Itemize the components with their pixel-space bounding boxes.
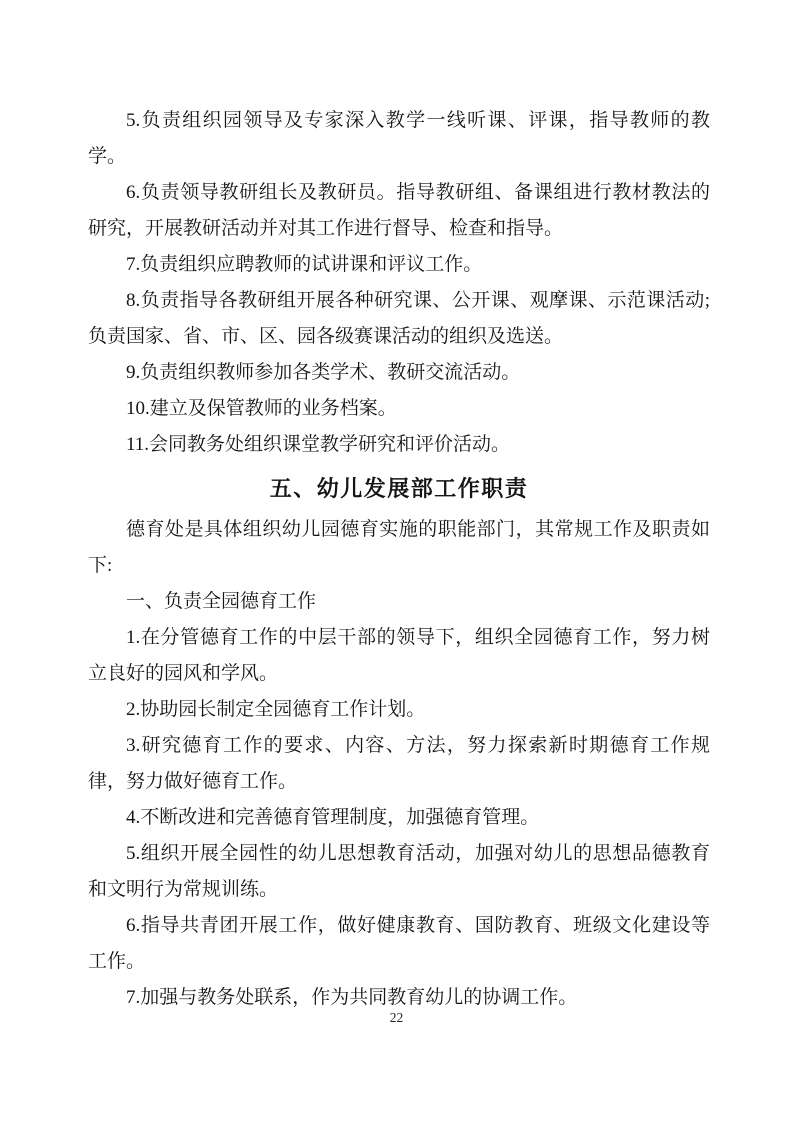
paragraph: 9.负责组织教师参加各类学术、教研交流活动。: [88, 355, 710, 391]
paragraph: 10.建立及保管教师的业务档案。: [88, 391, 710, 427]
paragraph: 8.负责指导各教研组开展各种研究课、公开课、观摩课、示范课活动;负责国家、省、市…: [88, 283, 710, 355]
paragraph: 3.研究德育工作的要求、内容、方法，努力探索新时期德育工作规律，努力做好德育工作…: [88, 728, 710, 800]
paragraph: 2.协助园长制定全园德育工作计划。: [88, 692, 710, 728]
paragraph: 5.组织开展全园性的幼儿思想教育活动，加强对幼儿的思想品德教育和文明行为常规训练…: [88, 836, 710, 908]
paragraph: 1.在分管德育工作的中层干部的领导下，组织全园德育工作，努力树立良好的园风和学风…: [88, 620, 710, 692]
paragraph: 7.负责组织应聘教师的试讲课和评议工作。: [88, 247, 710, 283]
paragraph: 6.指导共青团开展工作，做好健康教育、国防教育、班级文化建设等工作。: [88, 908, 710, 980]
section-heading: 五、幼儿发展部工作职责: [88, 471, 710, 507]
page-number: 22: [0, 1009, 793, 1027]
paragraph: 4.不断改进和完善德育管理制度，加强德育管理。: [88, 800, 710, 836]
paragraph: 德育处是具体组织幼儿园德育实施的职能部门，其常规工作及职责如下:: [88, 512, 710, 584]
paragraph: 5.负责组织园领导及专家深入教学一线听课、评课，指导教师的教学。: [88, 103, 710, 175]
paragraph: 6.负责领导教研组长及教研员。指导教研组、备课组进行教材教法的研究，开展教研活动…: [88, 175, 710, 247]
document-body: 5.负责组织园领导及专家深入教学一线听课、评课，指导教师的教学。6.负责领导教研…: [88, 103, 710, 1016]
document-page: 5.负责组织园领导及专家深入教学一线听课、评课，指导教师的教学。6.负责领导教研…: [0, 0, 793, 1122]
paragraph: 11.会同教务处组织课堂教学研究和评价活动。: [88, 427, 710, 463]
paragraph: 一、负责全园德育工作: [88, 584, 710, 620]
